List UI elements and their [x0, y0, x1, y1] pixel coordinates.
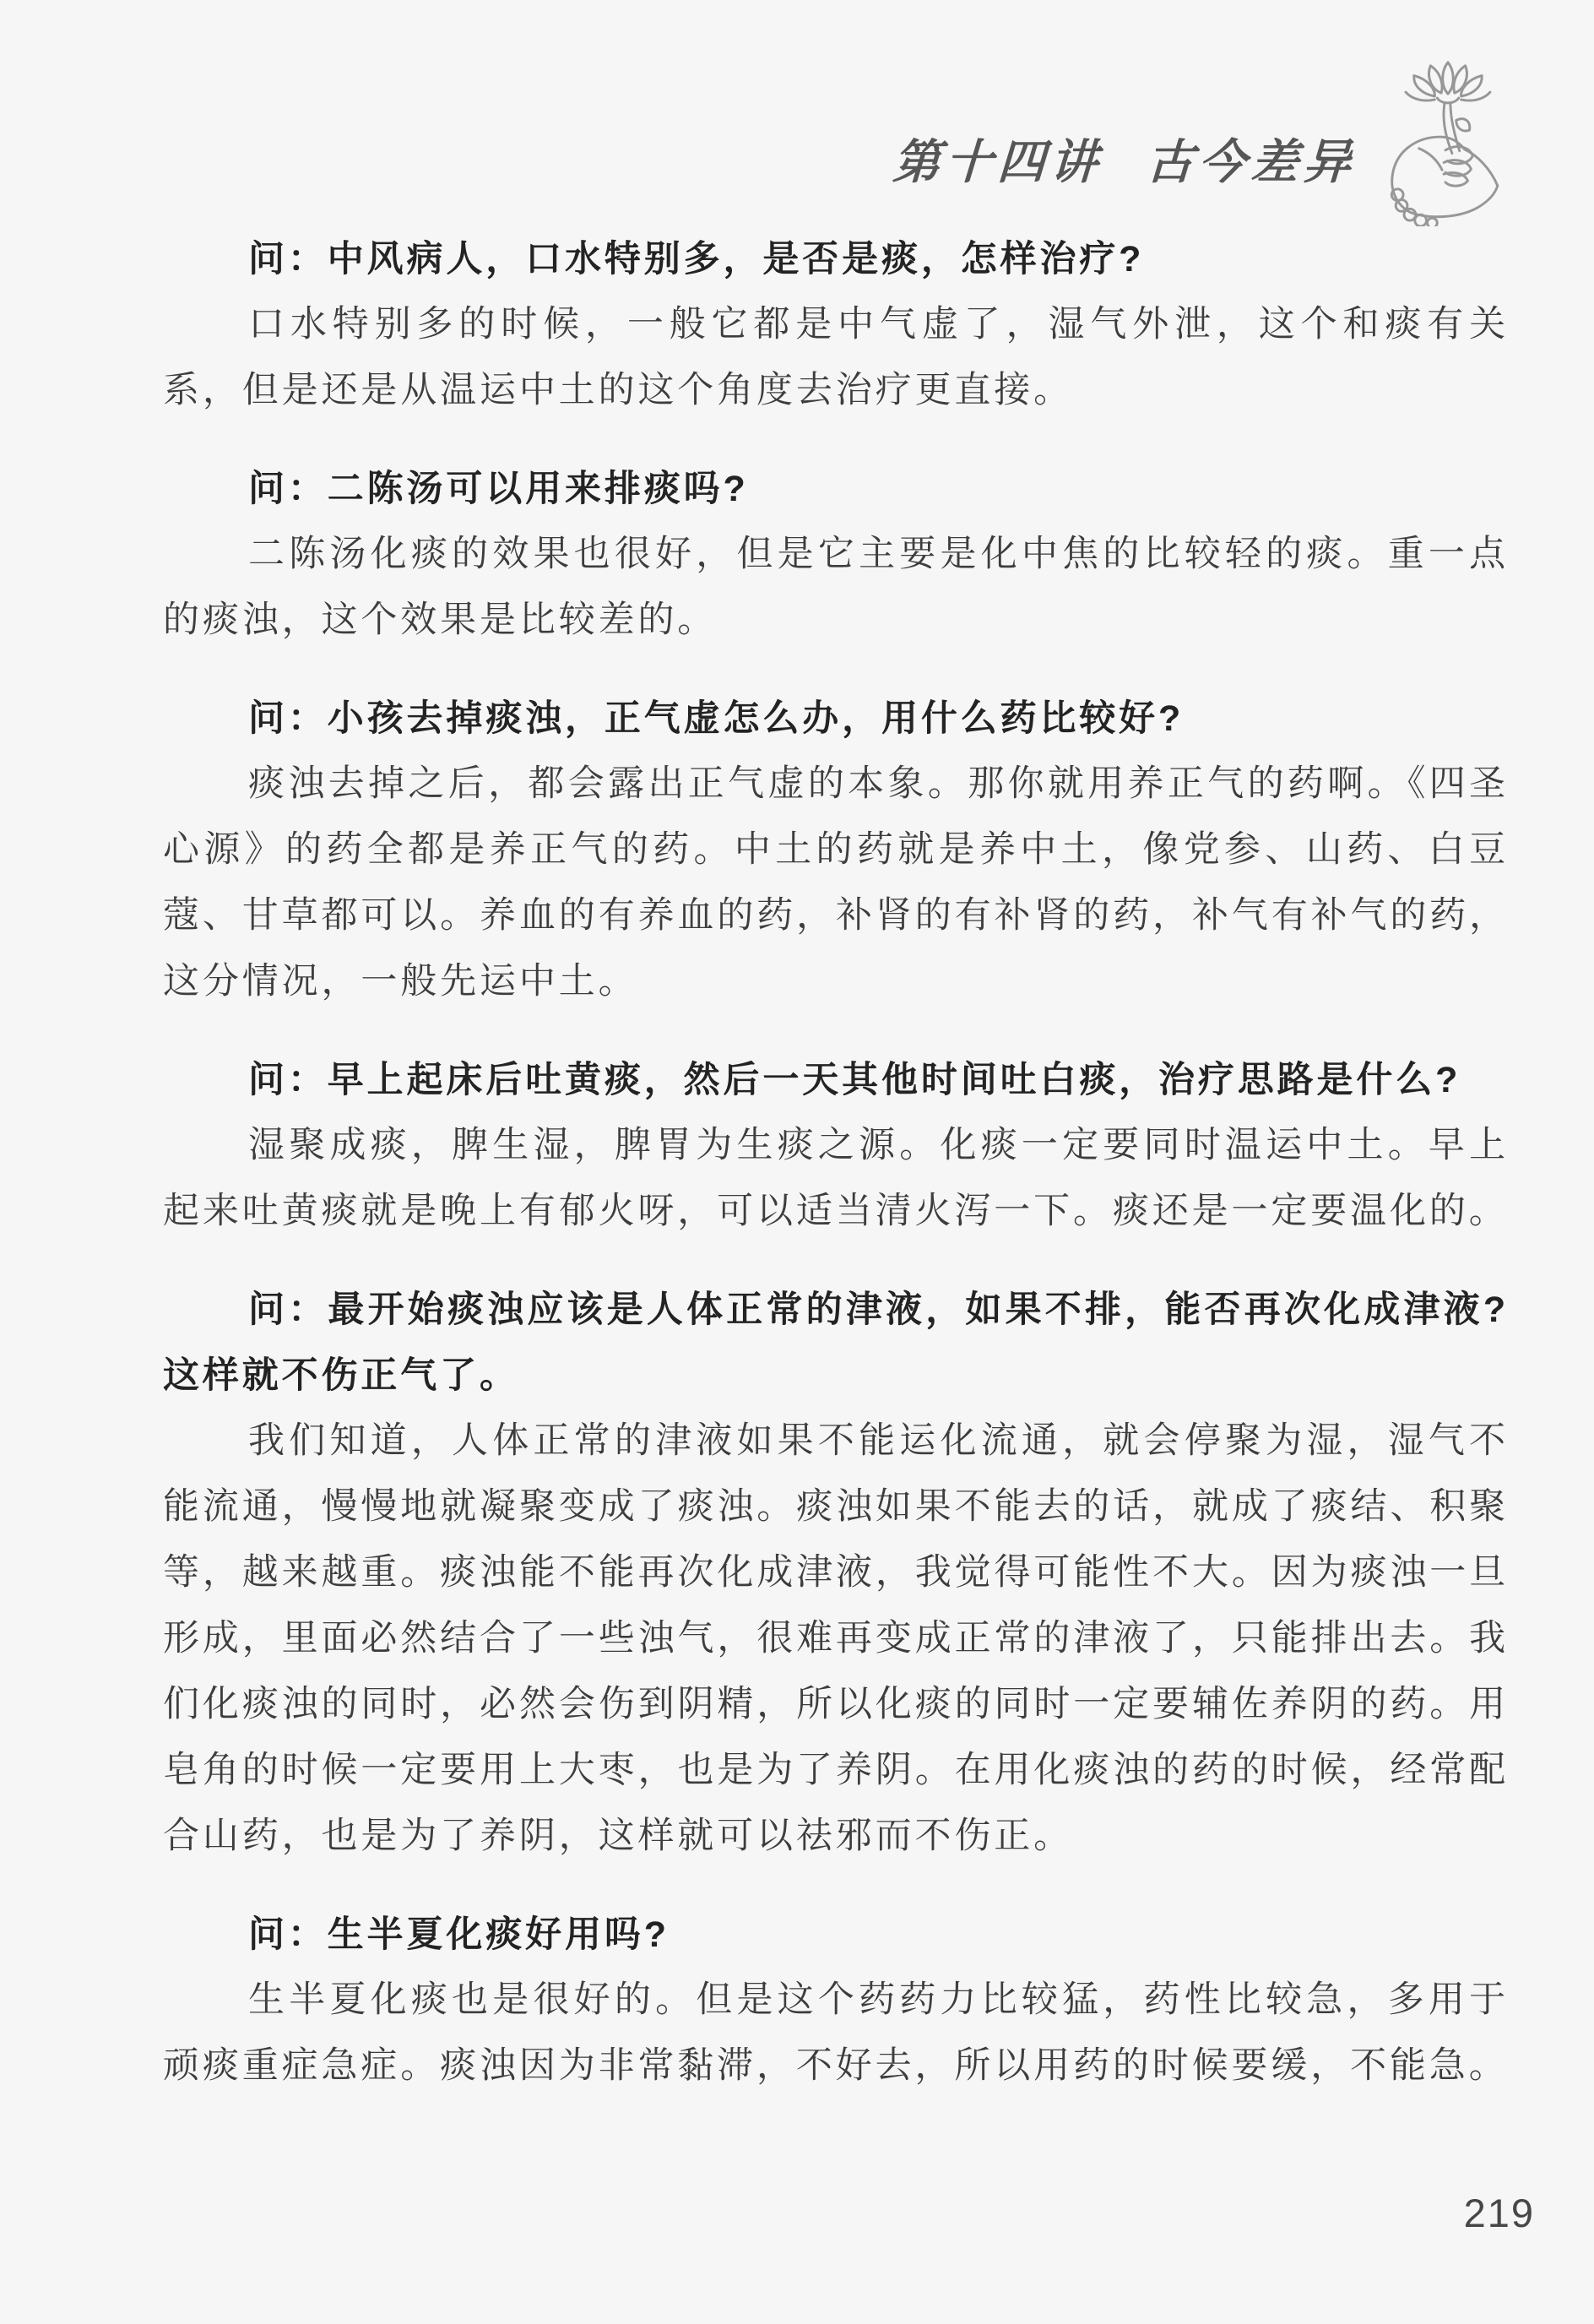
- qa-block: 问：最开始痰浊应该是人体正常的津液，如果不排，能否再次化成津液? 这样就不伤正气…: [163, 1277, 1509, 1870]
- qa-block: 问：生半夏化痰好用吗? 生半夏化痰也是很好的。但是这个药药力比较猛，药性比较急，…: [163, 1902, 1509, 2099]
- qa-block: 问：二陈汤可以用来排痰吗? 二陈汤化痰的效果也很好，但是它主要是化中焦的比较轻的…: [163, 456, 1509, 654]
- question-text: 问：最开始痰浊应该是人体正常的津液，如果不排，能否再次化成津液? 这样就不伤正气…: [163, 1277, 1509, 1409]
- question-text: 问：早上起床后吐黄痰，然后一天其他时间吐白痰，治疗思路是什么?: [163, 1047, 1509, 1113]
- page-number: 219: [1464, 2190, 1535, 2236]
- answer-text: 湿聚成痰，脾生湿，脾胃为生痰之源。化痰一定要同时温运中土。早上起来吐黄痰就是晚上…: [163, 1113, 1509, 1245]
- answer-text: 痰浊去掉之后，都会露出正气虚的本象。那你就用养正气的药啊。《四圣心源》的药全都是…: [163, 752, 1509, 1015]
- qa-list: 问：中风病人，口水特别多，是否是痰，怎样治疗? 口水特别多的时候，一般它都是中气…: [163, 226, 1509, 2099]
- answer-text: 生半夏化痰也是很好的。但是这个药药力比较猛，药性比较急，多用于顽痰重症急症。痰浊…: [163, 1968, 1509, 2099]
- answer-text: 我们知道，人体正常的津液如果不能运化流通，就会停聚为湿，湿气不能流通，慢慢地就凝…: [163, 1409, 1509, 1870]
- hand-holding-lotus-icon: [1364, 52, 1530, 226]
- chapter-lecture-number: 第十四讲: [892, 134, 1103, 190]
- qa-block: 问：中风病人，口水特别多，是否是痰，怎样治疗? 口水特别多的时候，一般它都是中气…: [163, 226, 1509, 424]
- answer-text: 口水特别多的时候，一般它都是中气虚了，湿气外泄，这个和痰有关系，但是还是从温运中…: [163, 292, 1509, 424]
- qa-block: 问：小孩去掉痰浊，正气虚怎么办，用什么药比较好? 痰浊去掉之后，都会露出正气虚的…: [163, 686, 1509, 1015]
- question-text: 问：二陈汤可以用来排痰吗?: [163, 456, 1509, 522]
- question-text: 问：中风病人，口水特别多，是否是痰，怎样治疗?: [163, 226, 1509, 292]
- chapter-topic-title: 古今差异: [1145, 134, 1357, 190]
- question-text: 问：小孩去掉痰浊，正气虚怎么办，用什么药比较好?: [163, 686, 1509, 752]
- answer-text: 二陈汤化痰的效果也很好，但是它主要是化中焦的比较轻的痰。重一点的痰浊，这个效果是…: [163, 522, 1509, 654]
- question-text: 问：生半夏化痰好用吗?: [163, 1902, 1509, 1968]
- qa-block: 问：早上起床后吐黄痰，然后一天其他时间吐白痰，治疗思路是什么? 湿聚成痰，脾生湿…: [163, 1047, 1509, 1245]
- chapter-header: 第十四讲古今差异: [892, 125, 1358, 193]
